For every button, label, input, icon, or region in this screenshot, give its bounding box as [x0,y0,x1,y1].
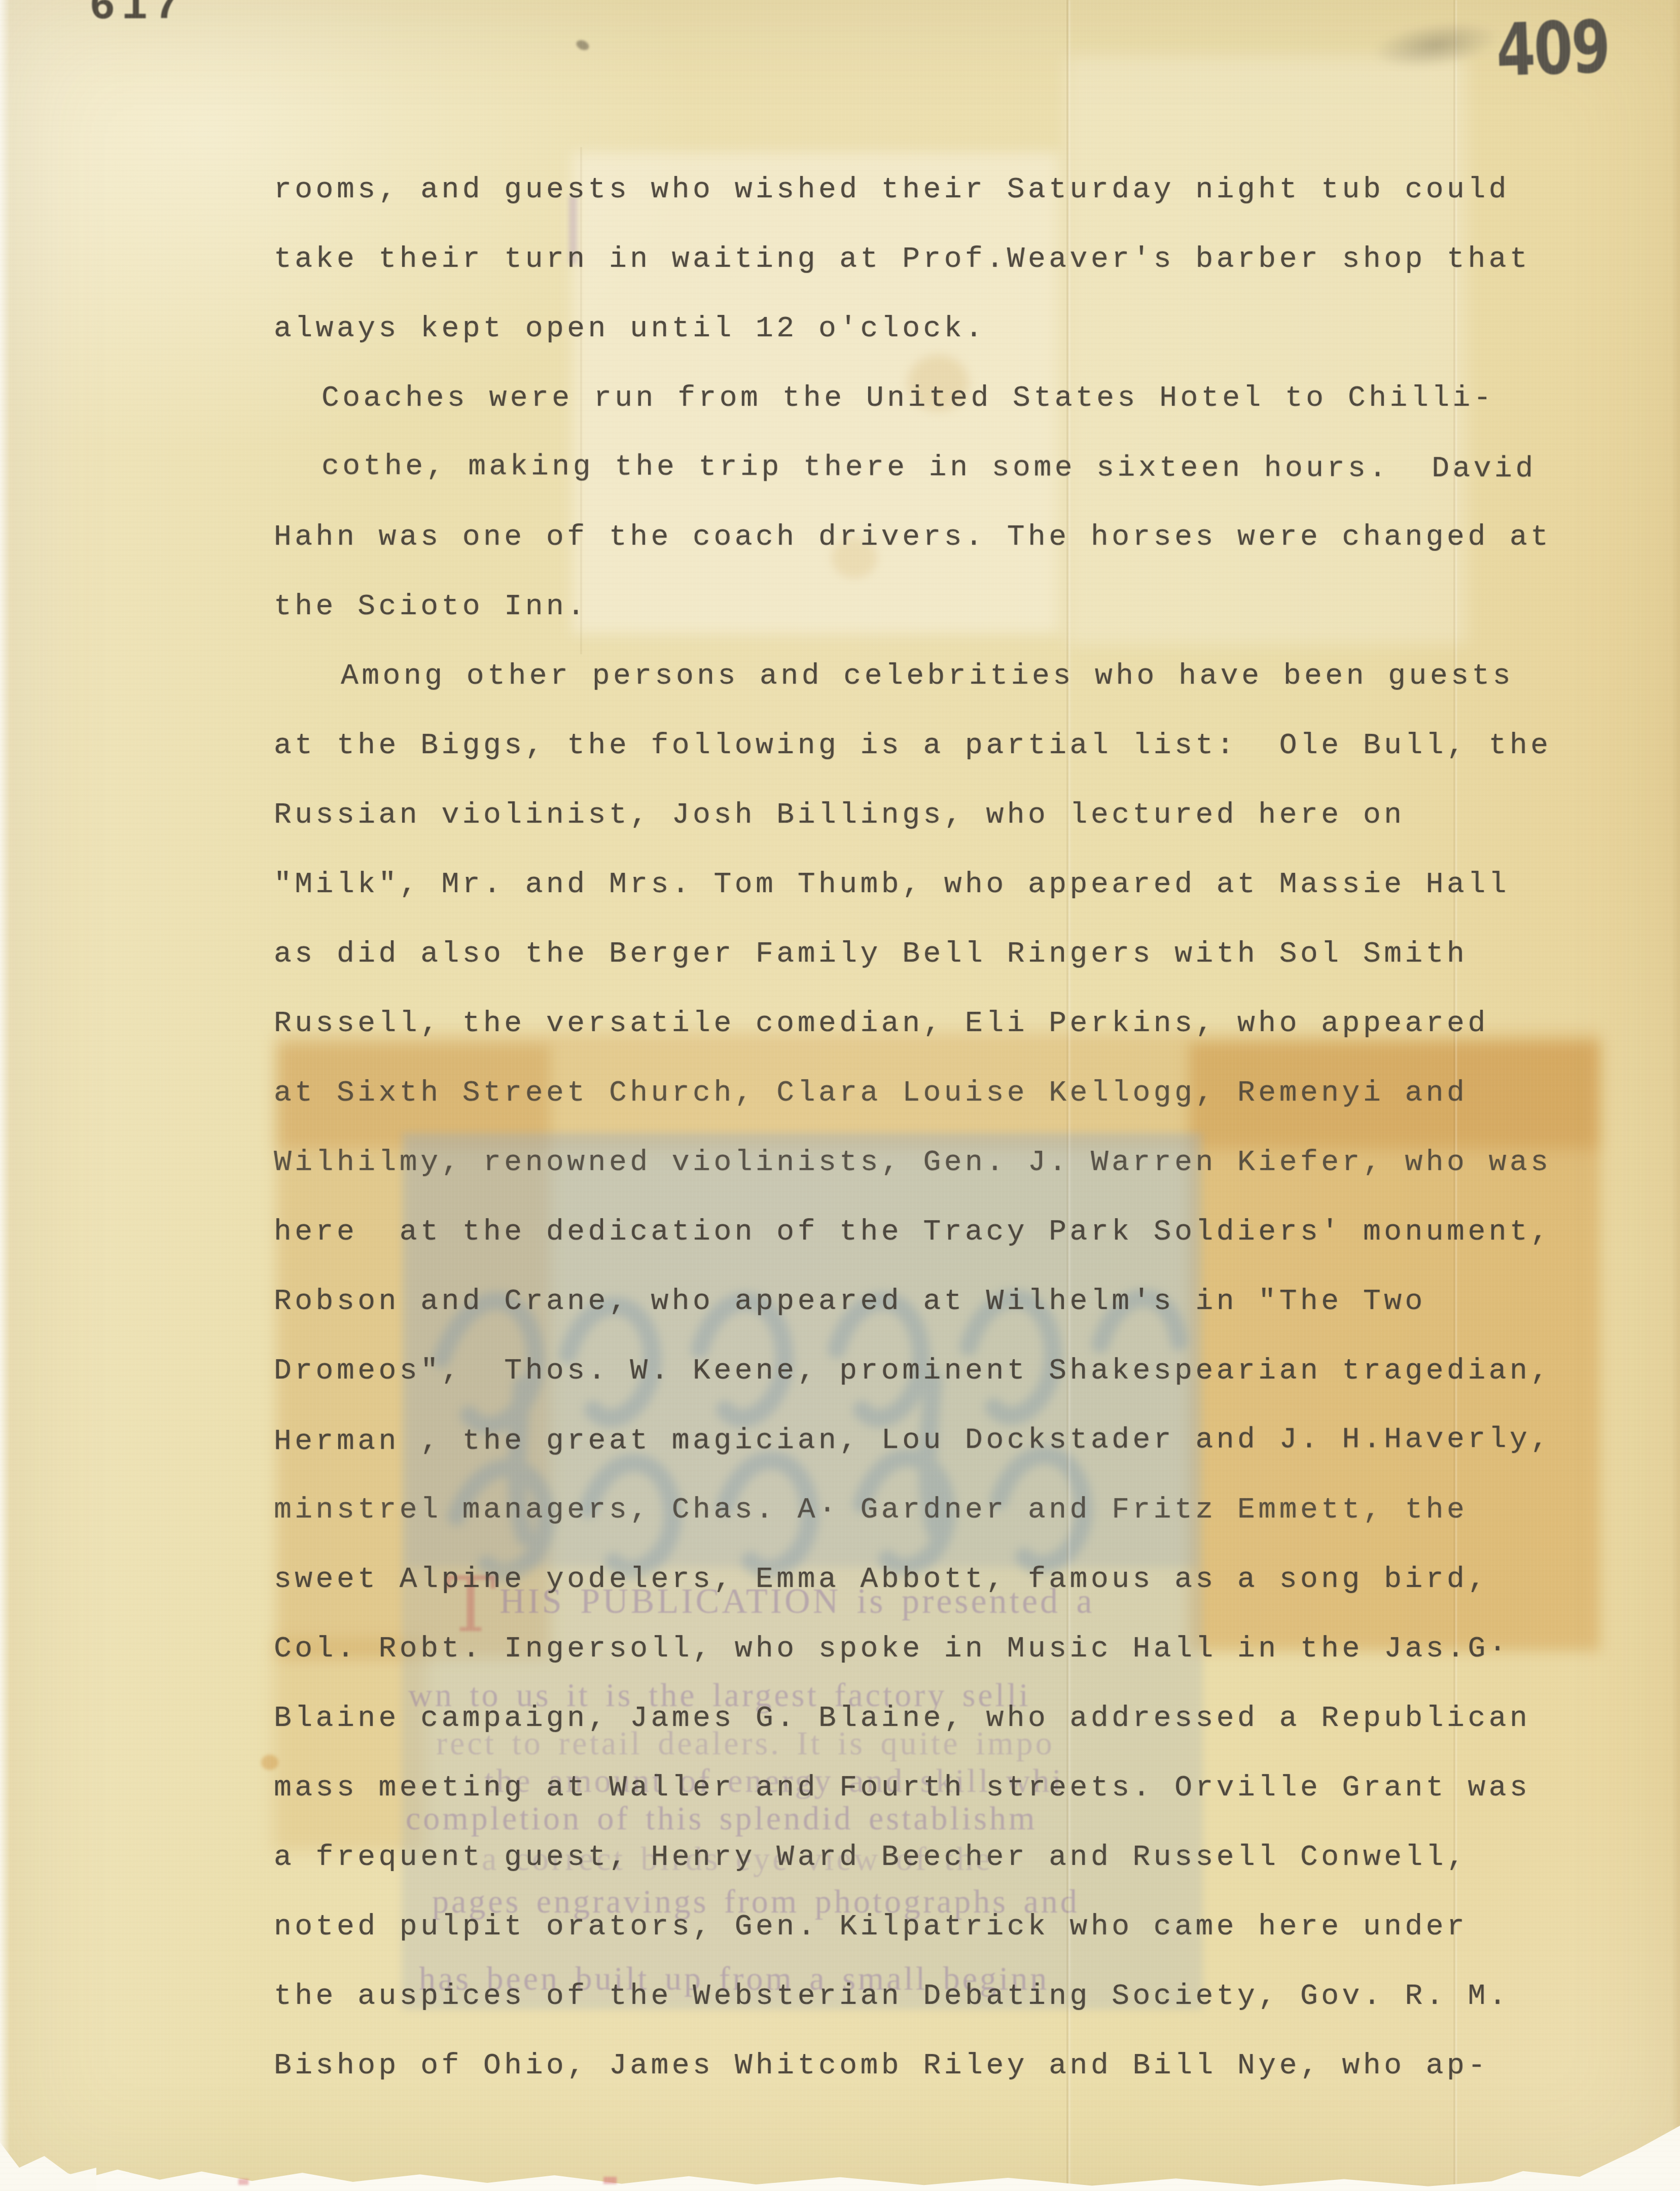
typed-line: Bishop of Ohio, James Whitcomb Riley and… [274,2052,1489,2081]
typed-line: Dromeos", Thos. W. Keene, prominent Shak… [274,1357,1552,1386]
typed-line: always kept open until 12 o'clock. [274,314,986,344]
typed-line: Blaine campaign, James G. Blaine, who ad… [274,1704,1530,1734]
typed-line: take their turn in waiting at Prof.Weave… [274,245,1530,274]
page-edge [1671,0,1680,2191]
typed-line: mass meeting at Waller and Fourth street… [274,1774,1530,1803]
torn-edge-bottom-left [0,2142,96,2191]
typed-line: cothe, making the trip there in some six… [321,452,1536,484]
typed-line: Among other persons and celebrities who … [341,662,1514,691]
typed-line: Coaches were run from the United States … [321,384,1494,413]
typed-line: rooms, and guests who wished their Satur… [274,175,1510,205]
pink-speck [603,2177,617,2184]
typed-line: at Sixth Street Church, Clara Louise Kel… [274,1079,1468,1108]
page-edge [0,0,10,2191]
typed-line: as did also the Berger Family Bell Ringe… [274,940,1468,969]
pink-speck [238,2179,248,2185]
stain-spot [261,1755,278,1770]
typed-line: sweet Alpine yodelers, Emma Abbott, famo… [274,1565,1489,1595]
typed-line: Herman , the great magician, Lou Docksta… [274,1425,1552,1457]
typed-line: here at the dedication of the Tracy Park… [274,1218,1552,1247]
typed-line: Russian violinist, Josh Billings, who le… [274,801,1405,830]
handwritten-page-number: 409 [1495,5,1610,93]
typed-line: Russell, the versatile comedian, Eli Per… [274,1009,1489,1039]
torn-edge-bottom-right [1462,2120,1680,2191]
typed-line: the auspices of the Websterian Debating … [274,1982,1510,2011]
typed-line: the Scioto Inn. [274,592,588,622]
typed-line: at the Biggs, the following is a partial… [274,731,1552,761]
typed-line: minstrel managers, Chas. A· Gardner and … [274,1496,1468,1525]
typed-line: Wilhilmy, renowned violinists, Gen. J. W… [274,1148,1552,1178]
amber-stain [1189,1042,1600,1651]
ghost-print-line: completion of this splendid establishm [406,1799,1037,1838]
typed-line: Hahn was one of the coach drivers. The h… [274,523,1552,552]
torn-edge-bottom [0,2160,1680,2191]
ink-fleck [575,38,590,52]
paper-light-patch [1066,56,1468,644]
pencil-smudge [1370,15,1502,76]
typed-line: noted pulpit orators, Gen. Kilpatrick wh… [274,1913,1468,1942]
typed-line: Robson and Crane, who appeared at Wilhel… [274,1287,1426,1317]
typed-line: "Milk", Mr. and Mrs. Tom Thumb, who appe… [274,870,1510,900]
amber-stain [274,1638,426,1851]
typed-line: Col. Robt. Ingersoll, who spoke in Music… [274,1635,1510,1664]
top-left-partial-number: 617 [89,0,186,31]
manuscript-page: T HIS PUBLICATION is presented a wn to u… [0,0,1680,2191]
typed-line: a frequent guest, Henry Ward Beecher and… [274,1843,1468,1872]
